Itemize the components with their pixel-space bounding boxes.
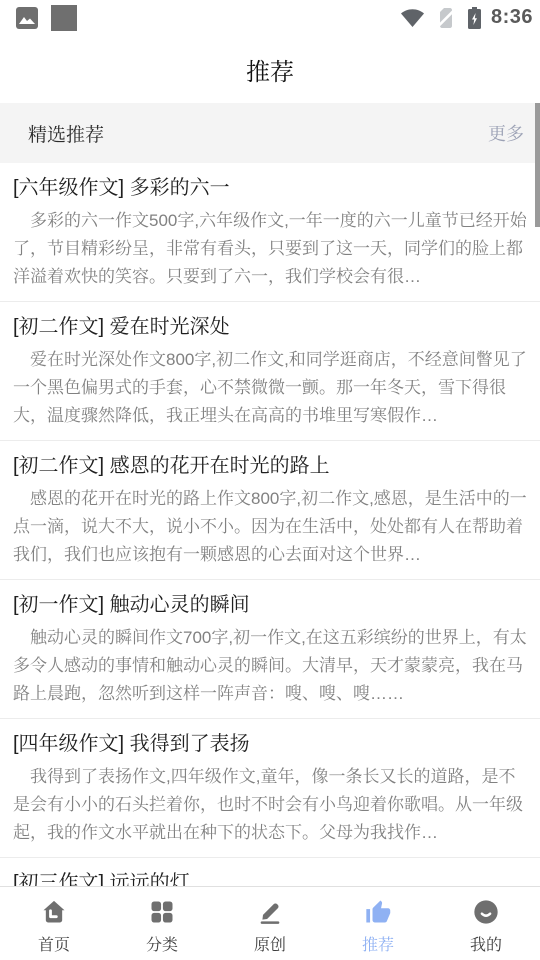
title-bar: 推荐 (0, 35, 540, 103)
essay-excerpt: 多彩的六一作文500字,六年级作文,一年一度的六一儿童节已经开始了，节目精彩纷呈… (13, 207, 527, 291)
tab-label: 我的 (470, 932, 502, 955)
thumbs-up-icon (363, 897, 393, 927)
smiley-icon (471, 897, 501, 927)
image-notification-icon (15, 6, 39, 30)
essay-excerpt: 我得到了表扬作文,四年级作文,童年，像一条长又长的道路，是不是会有小小的石头拦着… (13, 763, 527, 847)
wifi-icon (400, 7, 425, 29)
section-title: 精选推荐 (28, 120, 104, 147)
tab-categories[interactable]: 分类 (108, 887, 216, 960)
page-title: 推荐 (246, 52, 294, 87)
status-time: 8:36 (491, 6, 533, 29)
list-item[interactable]: [初二作文] 感恩的花开在时光的路上 感恩的花开在时光的路上作文800字,初二作… (0, 441, 540, 580)
battery-charging-icon (467, 6, 482, 30)
tab-mine[interactable]: 我的 (432, 887, 540, 960)
tab-label: 原创 (254, 932, 286, 955)
home-icon (39, 897, 69, 927)
section-header: 精选推荐 更多 (0, 103, 540, 163)
tab-label: 推荐 (362, 932, 394, 955)
more-link[interactable]: 更多 (488, 120, 524, 146)
essay-title[interactable]: [四年级作文] 我得到了表扬 (13, 731, 527, 757)
essay-excerpt: 触动心灵的瞬间作文700字,初一作文,在这五彩缤纷的世界上，有太多令人感动的事情… (13, 624, 527, 708)
app-square-icon (51, 5, 77, 31)
status-bar-indicators: 8:36 (400, 6, 533, 30)
essay-title[interactable]: [初二作文] 爱在时光深处 (13, 314, 527, 340)
tab-bar: 首页 分类 原创 (0, 886, 540, 960)
status-bar-notifications (7, 5, 77, 31)
essay-title[interactable]: [六年级作文] 多彩的六一 (13, 175, 527, 201)
tab-original[interactable]: 原创 (216, 887, 324, 960)
scrollbar[interactable] (535, 103, 540, 227)
list-item[interactable]: [初一作文] 触动心灵的瞬间 触动心灵的瞬间作文700字,初一作文,在这五彩缤纷… (0, 580, 540, 719)
tab-label: 分类 (146, 932, 178, 955)
no-sim-icon (434, 6, 458, 30)
essay-title[interactable]: [初二作文] 感恩的花开在时光的路上 (13, 453, 527, 479)
app-screen: 8:36 推荐 精选推荐 更多 [六年级作文] 多彩的六一 多彩的六一作文500… (0, 0, 540, 960)
pencil-icon (255, 897, 285, 927)
list-item[interactable]: [初二作文] 爱在时光深处 爱在时光深处作文800字,初二作文,和同学逛商店，不… (0, 302, 540, 441)
grid-icon (147, 897, 177, 927)
list-item[interactable]: [六年级作文] 多彩的六一 多彩的六一作文500字,六年级作文,一年一度的六一儿… (0, 163, 540, 302)
recommend-list: [六年级作文] 多彩的六一 多彩的六一作文500字,六年级作文,一年一度的六一儿… (0, 163, 540, 907)
tab-home[interactable]: 首页 (0, 887, 108, 960)
list-item[interactable]: [四年级作文] 我得到了表扬 我得到了表扬作文,四年级作文,童年，像一条长又长的… (0, 719, 540, 858)
status-bar: 8:36 (0, 0, 540, 35)
tab-recommend[interactable]: 推荐 (324, 887, 432, 960)
essay-excerpt: 爱在时光深处作文800字,初二作文,和同学逛商店，不经意间瞥见了一个黑色偏男式的… (13, 346, 527, 430)
essay-title[interactable]: [初一作文] 触动心灵的瞬间 (13, 592, 527, 618)
tab-label: 首页 (38, 932, 70, 955)
essay-excerpt: 感恩的花开在时光的路上作文800字,初二作文,感恩，是生活中的一点一滴，说大不大… (13, 485, 527, 569)
